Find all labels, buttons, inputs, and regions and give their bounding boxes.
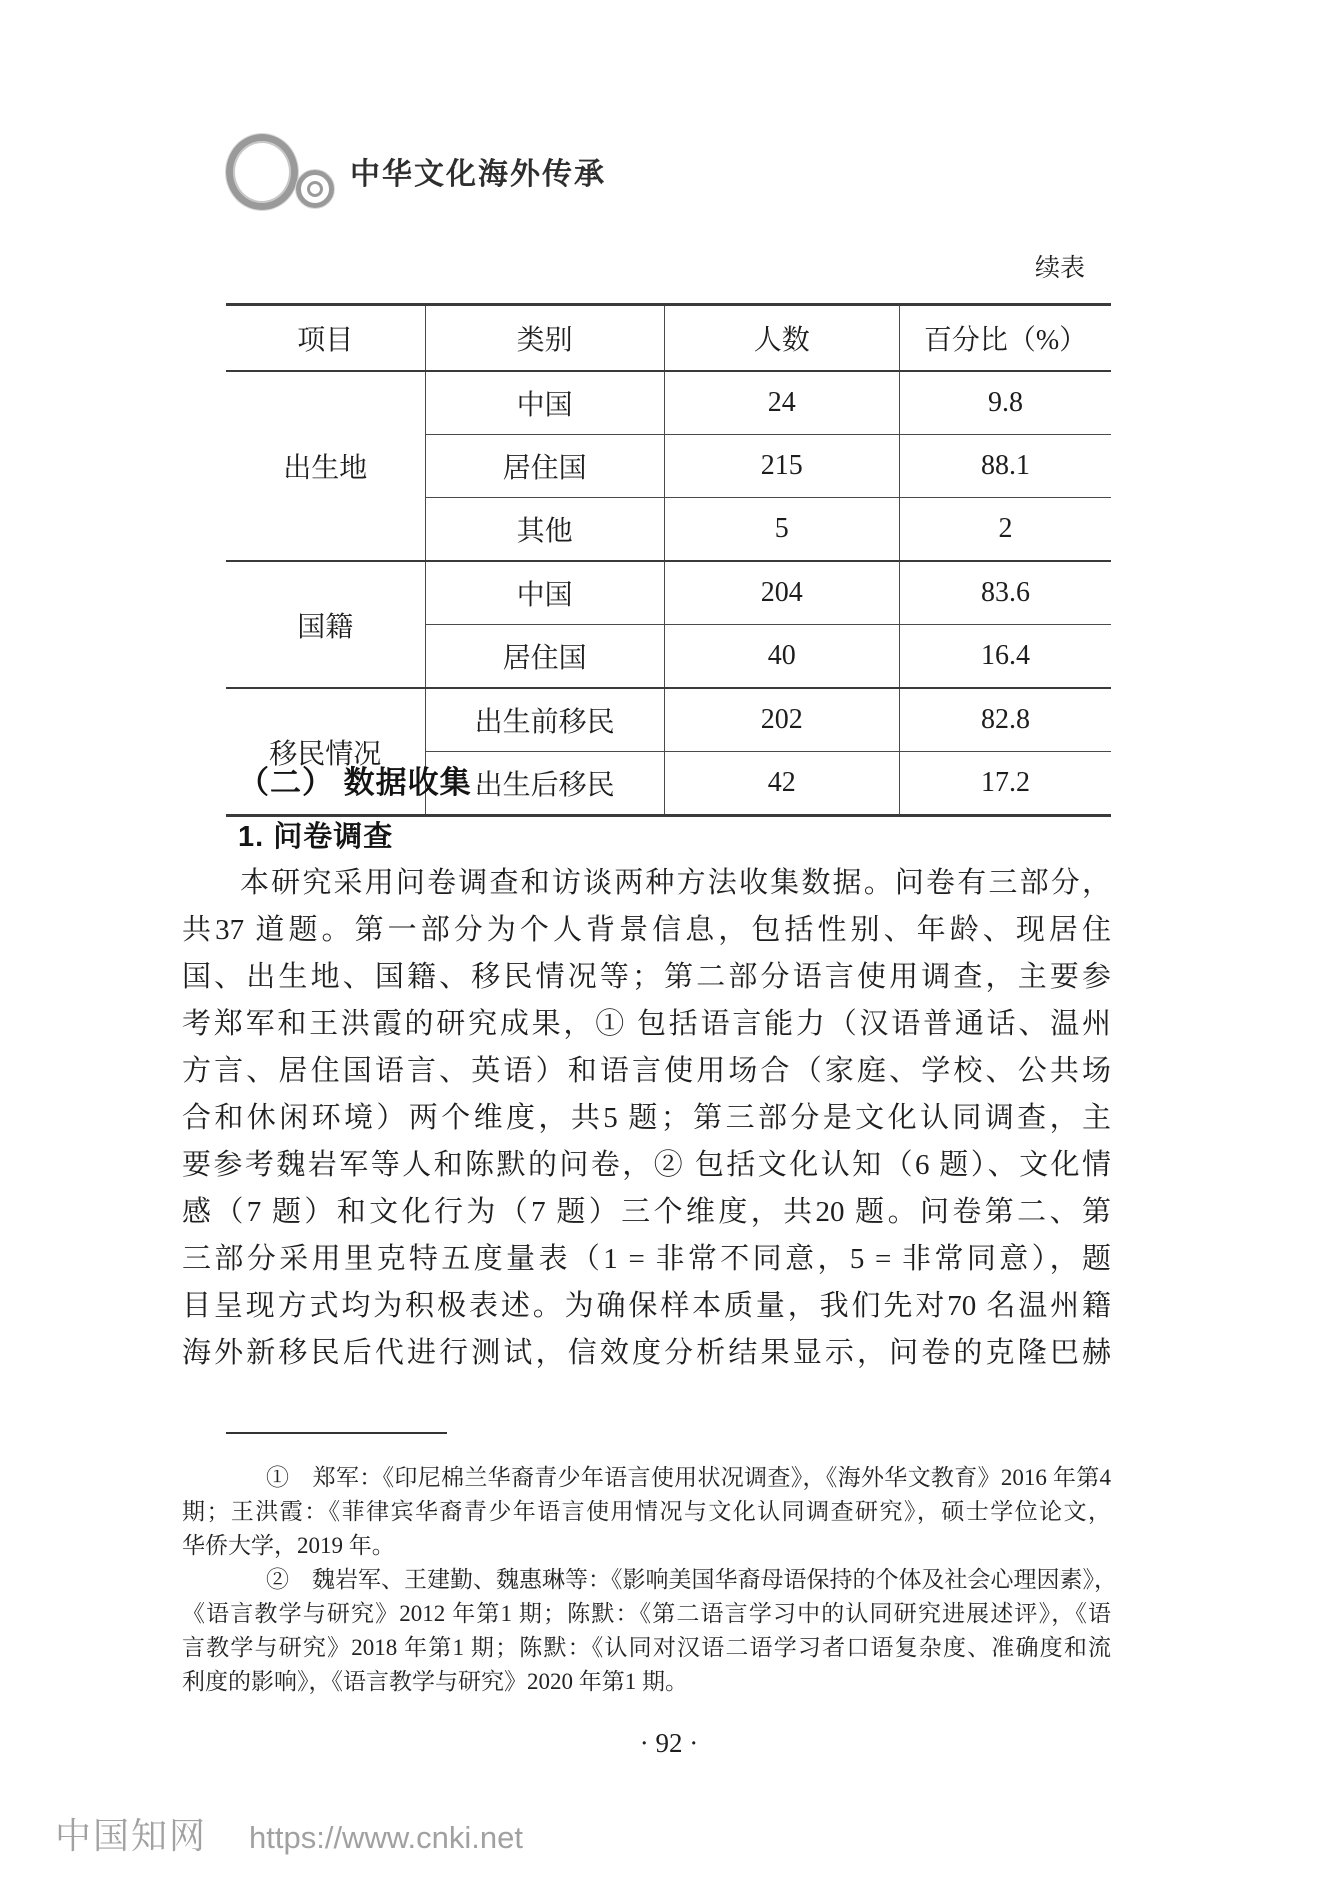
table-cell-category: 中国: [425, 371, 664, 435]
table-row: 移民情况出生前移民20282.8: [226, 688, 1111, 752]
brand-ring-logo-icon: [226, 134, 298, 210]
table-cell-count: 202: [664, 688, 899, 752]
table-cell-category: 其他: [425, 498, 664, 562]
table-cell-count: 204: [664, 561, 899, 625]
cnki-url: https://www.cnki.net: [249, 1820, 523, 1856]
table-header-row: 项目类别人数百分比（%）: [226, 305, 1111, 372]
page-number: · 92 ·: [0, 1728, 1338, 1759]
table-cell-percent: 16.4: [899, 625, 1111, 689]
footnote-divider: [226, 1432, 447, 1434]
footnote-line: 《语言教学与研究》2012 年第1 期；陈默：《第二语言学习中的认同研究进展述评…: [182, 1597, 1111, 1631]
body-text-line: 方言、居住国语言、英语）和语言使用场合（家庭、学校、公共场: [182, 1048, 1111, 1095]
table-continuation-label: 续表: [1035, 248, 1085, 284]
table-header-cell: 项目: [226, 305, 425, 372]
footnote-line: ① 郑军：《印尼棉兰华裔青少年语言使用状况调查》，《海外华文教育》2016 年第…: [182, 1461, 1111, 1495]
table-row: 国籍中国20483.6: [226, 561, 1111, 625]
table-cell-percent: 9.8: [899, 371, 1111, 435]
table-header-cell: 百分比（%）: [899, 305, 1111, 372]
body-text-line: 感（7 题）和文化行为（7 题）三个维度，共20 题。问卷第二、第: [182, 1189, 1111, 1236]
table-cell-percent: 82.8: [899, 688, 1111, 752]
body-text-line: 考郑军和王洪霞的研究成果，① 包括语言能力（汉语普通话、温州: [182, 1001, 1111, 1048]
body-text-line: 三部分采用里克特五度量表（1 = 非常不同意，5 = 非常同意），题: [182, 1236, 1111, 1283]
section-heading: （二） 数据收集: [182, 757, 472, 802]
footnote-line: ② 魏岩军、王建勤、魏惠琳等：《影响美国华裔母语保持的个体及社会心理因素》，: [182, 1563, 1111, 1597]
table-cell-item: 出生地: [226, 371, 425, 561]
table-body: 出生地中国249.8居住国21588.1其他52国籍中国20483.6居住国40…: [226, 371, 1111, 816]
table-cell-category: 中国: [425, 561, 664, 625]
table-header-cell: 人数: [664, 305, 899, 372]
brand-ring-small-icon: [296, 170, 334, 208]
body-text-line: 合和休闲环境）两个维度，共5 题；第三部分是文化认同调查，主: [182, 1095, 1111, 1142]
table-cell-percent: 83.6: [899, 561, 1111, 625]
footnote-line: 言教学与研究》2018 年第1 期；陈默：《认同对汉语二语学习者口语复杂度、准确…: [182, 1631, 1111, 1665]
table-row: 出生地中国249.8: [226, 371, 1111, 435]
statistics-table: 项目类别人数百分比（%） 出生地中国249.8居住国21588.1其他52国籍中…: [226, 303, 1111, 817]
table-cell-category: 居住国: [425, 625, 664, 689]
footnote-line: 期；王洪霞：《菲律宾华裔青少年语言使用情况与文化认同调查研究》，硕士学位论文，: [182, 1495, 1111, 1529]
table-cell-category: 居住国: [425, 435, 664, 498]
table-header-cell: 类别: [425, 305, 664, 372]
cnki-footer: 中国知网 https://www.cnki.net: [55, 1808, 523, 1859]
table-cell-percent: 2: [899, 498, 1111, 562]
table-cell-percent: 17.2: [899, 752, 1111, 816]
table-head: 项目类别人数百分比（%）: [226, 305, 1111, 372]
table-cell-count: 215: [664, 435, 899, 498]
subsection-heading: 1. 问卷调查: [182, 814, 393, 855]
footnote-line: 华侨大学，2019 年。: [182, 1529, 1111, 1563]
document-page: 中华文化海外传承 续表 项目类别人数百分比（%） 出生地中国249.8居住国21…: [0, 0, 1338, 1890]
footnotes: ① 郑军：《印尼棉兰华裔青少年语言使用状况调查》，《海外华文教育》2016 年第…: [182, 1461, 1111, 1699]
body-text-line: 国、出生地、国籍、移民情况等；第二部分语言使用调查，主要参: [182, 954, 1111, 1001]
body-text-line: 共37 道题。第一部分为个人背景信息，包括性别、年龄、现居住: [182, 907, 1111, 954]
table-cell-category: 出生前移民: [425, 688, 664, 752]
body-text-line: 海外新移民后代进行测试，信效度分析结果显示，问卷的克隆巴赫: [182, 1330, 1111, 1377]
statistics-table-wrapper: 项目类别人数百分比（%） 出生地中国249.8居住国21588.1其他52国籍中…: [226, 303, 1111, 817]
body-text-line: 本研究采用问卷调查和访谈两种方法收集数据。问卷有三部分，: [182, 860, 1111, 907]
table-cell-count: 40: [664, 625, 899, 689]
table-cell-count: 5: [664, 498, 899, 562]
table-cell-item: 国籍: [226, 561, 425, 688]
table-cell-percent: 88.1: [899, 435, 1111, 498]
table-cell-count: 42: [664, 752, 899, 816]
table-cell-count: 24: [664, 371, 899, 435]
body-text-line: 目呈现方式均为积极表述。为确保样本质量，我们先对70 名温州籍: [182, 1283, 1111, 1330]
body-paragraph: 本研究采用问卷调查和访谈两种方法收集数据。问卷有三部分，共37 道题。第一部分为…: [182, 860, 1111, 1377]
body-text-line: 要参考魏岩军等人和陈默的问卷，② 包括文化认知（6 题）、文化情: [182, 1142, 1111, 1189]
book-title: 中华文化海外传承: [350, 149, 606, 193]
cnki-watermark: 中国知网: [55, 1808, 207, 1859]
footnote-line: 利度的影响》，《语言教学与研究》2020 年第1 期。: [182, 1665, 1111, 1699]
